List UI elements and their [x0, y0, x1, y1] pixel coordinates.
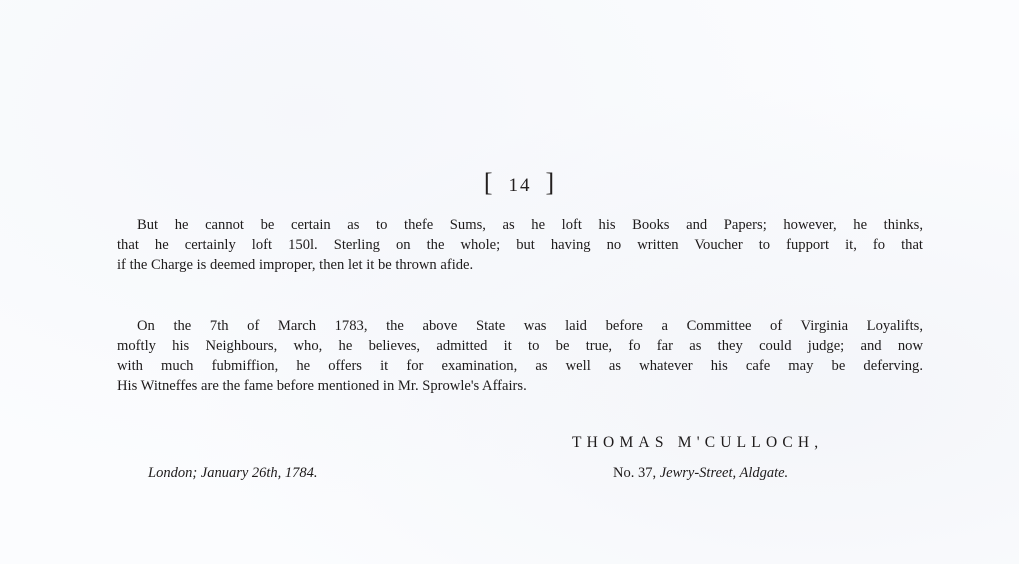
- dateline: London; January 26th, 1784.: [148, 465, 318, 482]
- paragraph-committee: On the 7th of March 1783, the above Stat…: [117, 316, 923, 396]
- signature-name: THOMAS M'CULLOCH,: [572, 434, 823, 452]
- signature-address: No. 37, Jewry-Street, Aldgate.: [613, 465, 788, 482]
- paragraph-line: with much fubmiffion, he offers it for e…: [117, 356, 923, 376]
- paragraph-line: His Witneffes are the fame before mentio…: [117, 376, 923, 396]
- paragraph-losses: But he cannot be certain as to thefe Sum…: [117, 215, 923, 275]
- page-number-bracket-open: [: [484, 168, 495, 197]
- paragraph-line: that he certainly loft 150l. Sterling on…: [117, 235, 923, 255]
- paragraph-line: moftly his Neighbours, who, he believes,…: [117, 336, 923, 356]
- address-street: Jewry-Street, Aldgate.: [660, 465, 788, 481]
- paragraph-line: if the Charge is deemed improper, then l…: [117, 255, 923, 275]
- page-number-value: 14: [509, 175, 532, 196]
- paragraph-line: On the 7th of March 1783, the above Stat…: [117, 316, 923, 336]
- document-page: [14] But he cannot be certain as to thef…: [0, 0, 1019, 564]
- paragraph-line: But he cannot be certain as to thefe Sum…: [117, 215, 923, 235]
- page-number: [14]: [470, 168, 570, 198]
- address-number: No. 37,: [613, 465, 656, 481]
- page-number-bracket-close: ]: [546, 168, 557, 197]
